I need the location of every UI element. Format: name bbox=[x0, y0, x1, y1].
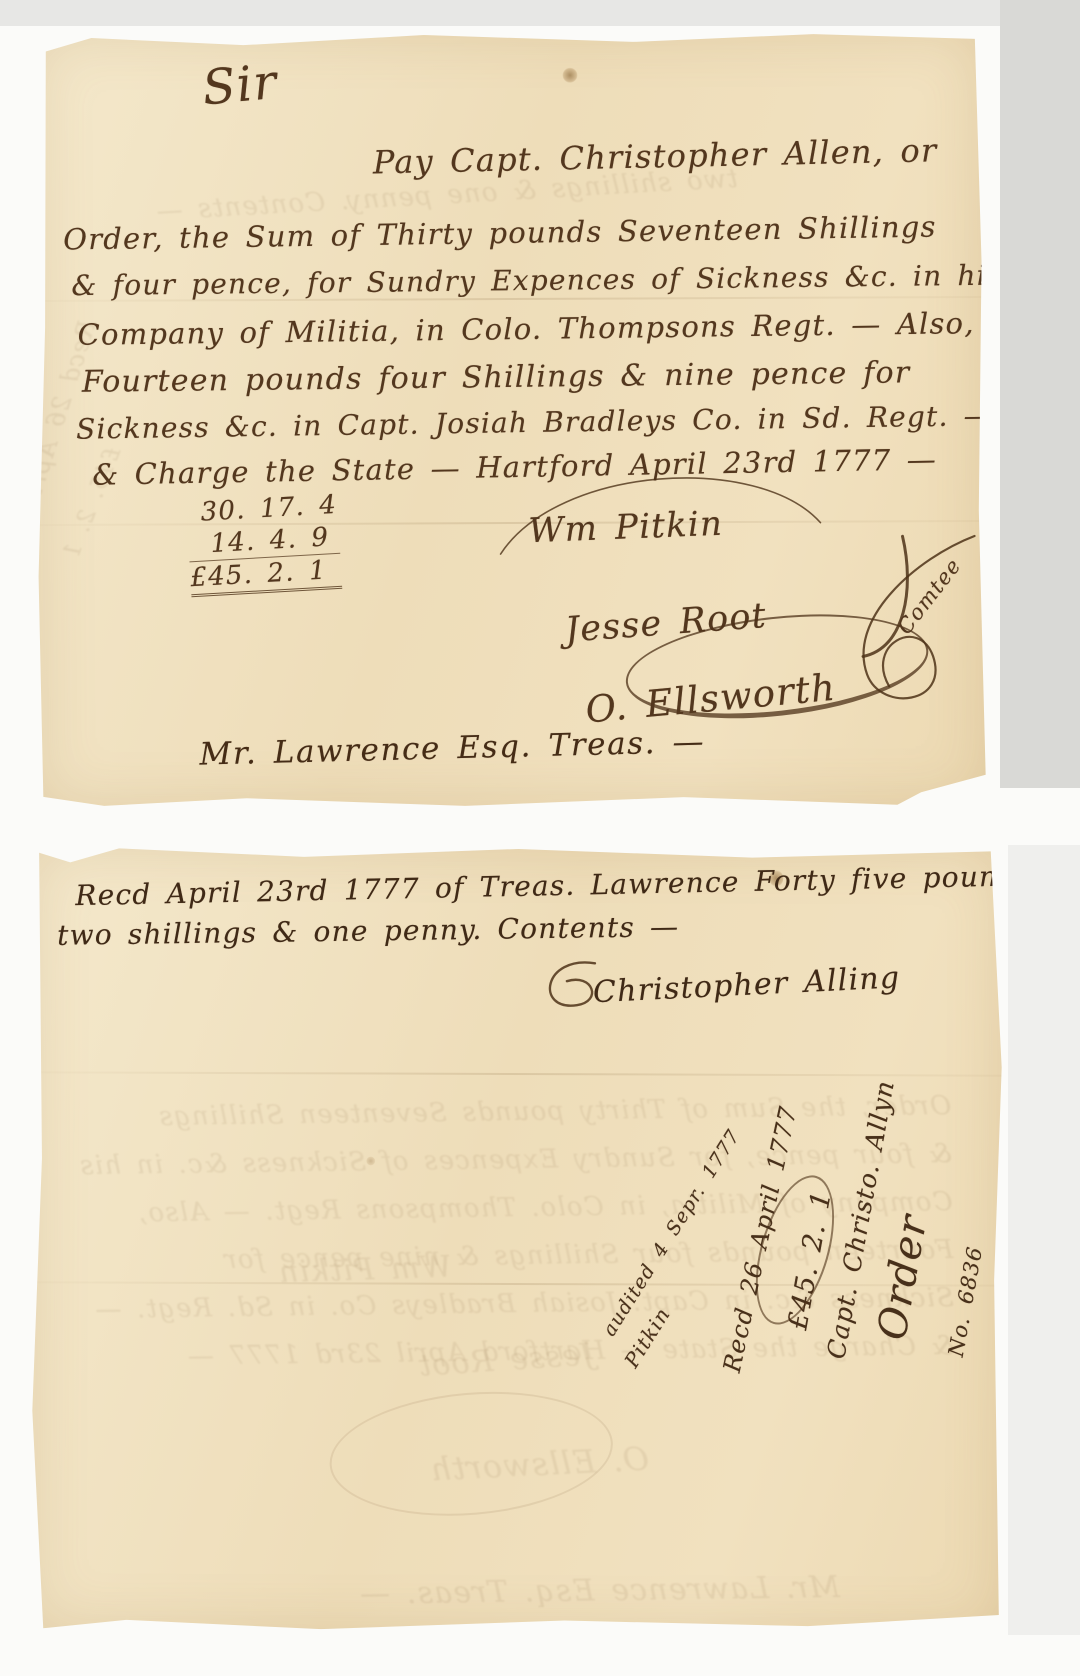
scan-right-gray-strip bbox=[1000, 0, 1080, 788]
fold-crease bbox=[31, 1071, 1005, 1076]
ink-stain bbox=[562, 68, 577, 83]
scan-top-strip bbox=[0, 0, 1080, 26]
scan-right-light-strip bbox=[1008, 845, 1080, 1635]
sum-total: £45. 2. 1 bbox=[190, 554, 342, 597]
sum-column: 30. 17. 4 14. 4. 9 £45. 2. 1 bbox=[186, 489, 342, 597]
receipt-line: two shillings & one penny. Contents — bbox=[57, 910, 680, 952]
order-line: Fourteen pounds four Shillings & nine pe… bbox=[82, 355, 911, 399]
order-line: Company of Militia, in Colo. Thompsons R… bbox=[77, 306, 974, 352]
pay-order-page: Recd 26 April 1777 £45. 2. 1 two shillin… bbox=[34, 28, 987, 810]
bleed-through-line: & four pence, for Sundry Expences of Sic… bbox=[79, 1139, 952, 1181]
salutation: Sir bbox=[200, 54, 280, 117]
bleed-through-signature: Wm Pitkin bbox=[277, 1250, 452, 1290]
order-line: Sickness &c. in Capt. Josiah Bradleys Co… bbox=[76, 399, 993, 446]
signature-pitkin: Wm Pitkin bbox=[528, 504, 724, 552]
bleed-through-line: Order, the Sum of Thirty pounds Seventee… bbox=[78, 1091, 951, 1133]
bleed-through-addressee: Mr. Lawrence Esq. Treas. — bbox=[359, 1570, 841, 1612]
signature-alling: Christopher Alling bbox=[592, 960, 901, 1010]
order-line: Pay Capt. Christopher Allen, or bbox=[373, 131, 938, 181]
bleed-through-line: Sickness &c. in Capt. Josiah Bradleys Co… bbox=[81, 1283, 954, 1325]
receipt-page: Recd April 23rd 1777 of Treas. Lawrence … bbox=[29, 843, 1006, 1634]
addressee-line: Mr. Lawrence Esq. Treas. — bbox=[199, 724, 706, 773]
receipt-line: Recd April 23rd 1777 of Treas. Lawrence … bbox=[75, 859, 1033, 912]
